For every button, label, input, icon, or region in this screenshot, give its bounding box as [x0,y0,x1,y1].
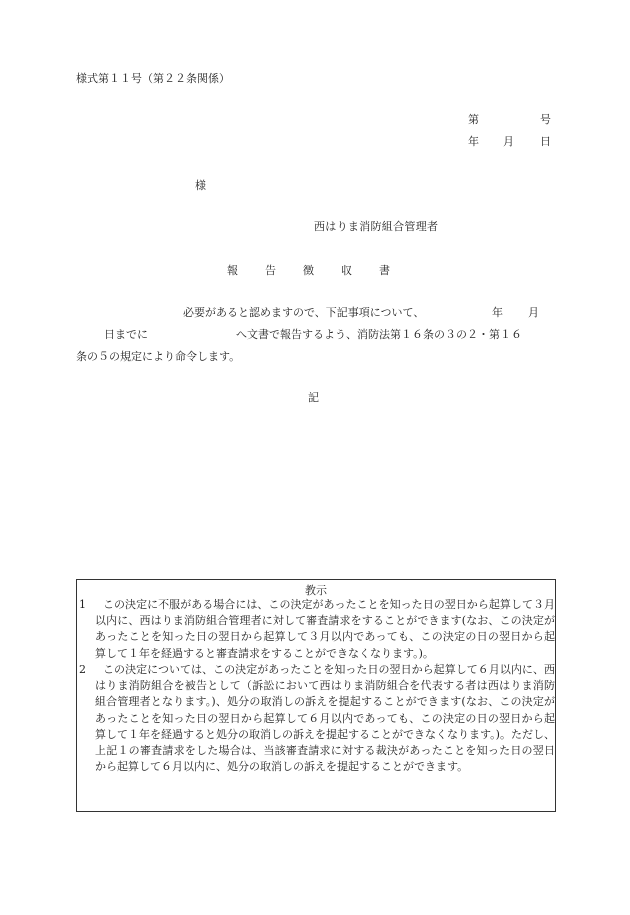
form-number: 様式第１１号（第２２条関係） [76,73,230,84]
notice-box: 教示 1 この決定に不服がある場合には、この決定があったことを知った日の翌日から… [76,579,556,812]
notice-item: 1 この決定に不服がある場合には、この決定があったことを知った日の翌日から起算し… [79,597,555,662]
notice-item-number: 2 [79,662,86,678]
body-line-2: へ文書で報告するよう、消防法第１６条の３の２・第１６ [236,329,522,340]
issuer-name: 西はりま消防組合管理者 [314,221,438,232]
notice-item-number: 1 [79,597,86,613]
ki-heading: 記 [308,392,319,403]
body-line-1: 必要があると認めますので、下記事項について、 [183,307,424,318]
body-line-3: 条の５の規定により命令します。 [76,351,240,362]
notice-item-text: この決定については、この決定があったことを知った日の翌日から起算して６月以内に、… [95,662,555,775]
date-day-label: 日 [540,136,551,147]
body-deadline-year: 年 [492,307,503,318]
date-year-label: 年 [468,136,479,147]
notice-title: 教示 [77,585,555,596]
title-char: 書 [379,265,390,276]
document-number-prefix: 第 [468,114,479,125]
title-char: 告 [265,265,276,276]
document-title: 報告徴収書 [227,265,417,276]
title-char: 徴 [303,265,314,276]
title-char: 収 [341,265,352,276]
title-char: 報 [227,265,238,276]
notice-item: 2 この決定については、この決定があったことを知った日の翌日から起算して６月以内… [79,662,555,775]
date-month-label: 月 [503,136,514,147]
body-deadline-day: 日までに [104,329,148,340]
addressee-honorific: 様 [195,180,206,191]
document-number-suffix: 号 [540,114,551,125]
body-deadline-month: 月 [528,307,539,318]
notice-item-text: この決定に不服がある場合には、この決定があったことを知った日の翌日から起算して３… [95,597,555,662]
